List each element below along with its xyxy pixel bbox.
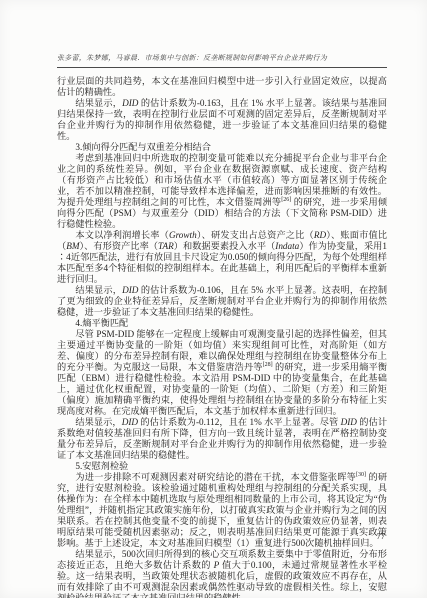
text-segment: ）、有形资产比率（ <box>80 241 159 251</box>
citation-superscript: [28] <box>263 362 273 368</box>
paragraph: 尽管 PSM-DID 能够在一定程度上缓解由可观测变量引起的选择性偏差，但其主要… <box>57 329 387 417</box>
text-segment: Growth <box>169 230 197 240</box>
subsection-heading: 3.倾向得分匹配与双重差分相结合 <box>57 142 387 153</box>
page-number: 77 <box>377 531 386 541</box>
paragraph: 结果显示，500次回归所得到的核心交互项系数主要集中于零值附近，分布形态接近正态… <box>57 549 387 598</box>
citation-superscript: [26] <box>281 197 291 203</box>
text-segment: 的估计系数为-0.112，且在 1% 水平上显著。尽管 <box>138 417 341 427</box>
text-segment: 3.倾向得分匹配与双重差分相结合 <box>75 142 211 152</box>
text-segment: 为进一步排除不可观测因素对研究结论的潜在干扰，本文借鉴张晖等 <box>75 472 356 482</box>
paragraph: 结果显示，DID 的估计系数为-0.106，且在 5% 水平上显著。这表明，在控… <box>57 285 387 318</box>
paragraph: 行业层面的共同趋势，本文在基准回归模型中进一步引入行业固定效应，以提高估计的精确… <box>57 76 387 98</box>
text-segment: RD <box>314 230 326 240</box>
text-segment: 结果显示， <box>75 285 122 295</box>
citation-superscript: [30] <box>356 472 366 478</box>
text-segment: 5.安慰剂检验 <box>75 461 128 471</box>
text-segment: DID <box>122 417 138 427</box>
text-segment: 4.熵平衡匹配 <box>75 318 128 328</box>
paragraph: 结果显示，DID 的估计系数为-0.112，且在 1% 水平上显著。尽管 DID… <box>57 417 387 461</box>
text-segment: Indata <box>275 241 299 251</box>
text-segment: ）和数据要素投入水平（ <box>174 241 276 251</box>
text-segment: 结果显示， <box>75 98 122 108</box>
text-segment: 结果显示， <box>75 417 121 427</box>
text-segment: BM <box>66 241 79 251</box>
running-header: 张多蕾，朱梦娜，马睿晨．市场集中与创新：反垄断规制如何影响平台企业并购行为 <box>57 54 387 68</box>
text-segment: 本文以净利润增长率（ <box>75 230 169 240</box>
subsection-heading: 4.熵平衡匹配 <box>57 318 387 329</box>
paragraph: 考虑到基准回归中所选取的控制变量可能难以充分捕捉平台企业与非平台企业之间的系统性… <box>57 153 387 230</box>
paragraph: 为进一步排除不可观测因素对研究结论的潜在干扰，本文借鉴张晖等[30] 的研究，进… <box>57 472 387 549</box>
text-segment: DID <box>122 98 138 108</box>
body-text: 行业层面的共同趋势，本文在基准回归模型中进一步引入行业固定效应，以提高估计的精确… <box>57 76 387 598</box>
text-segment: 行业层面的共同趋势，本文在基准回归模型中进一步引入行业固定效应，以提高估计的精确… <box>57 76 387 97</box>
subsection-heading: 5.安慰剂检验 <box>57 461 387 472</box>
text-segment: 的研究，进行安慰剂检验。该检验通过随机重构处理组与控制组的分配关系实现，具体操作… <box>57 472 387 548</box>
text-segment: ）、研发支出占总资产之比（ <box>197 230 314 240</box>
text-segment: TAR <box>158 241 174 251</box>
paper-page: 张多蕾，朱梦娜，马睿晨．市场集中与创新：反垄断规制如何影响平台企业并购行为 行业… <box>0 0 427 598</box>
paragraph: 结果显示，DID 的估计系数为-0.163，且在 1% 水平上显著。该结果与基准… <box>57 98 387 142</box>
text-segment: DID <box>341 417 357 427</box>
text-segment: DID <box>122 285 138 295</box>
paragraph: 本文以净利润增长率（Growth）、研发支出占总资产之比（RD）、账面市值比（B… <box>57 230 387 285</box>
